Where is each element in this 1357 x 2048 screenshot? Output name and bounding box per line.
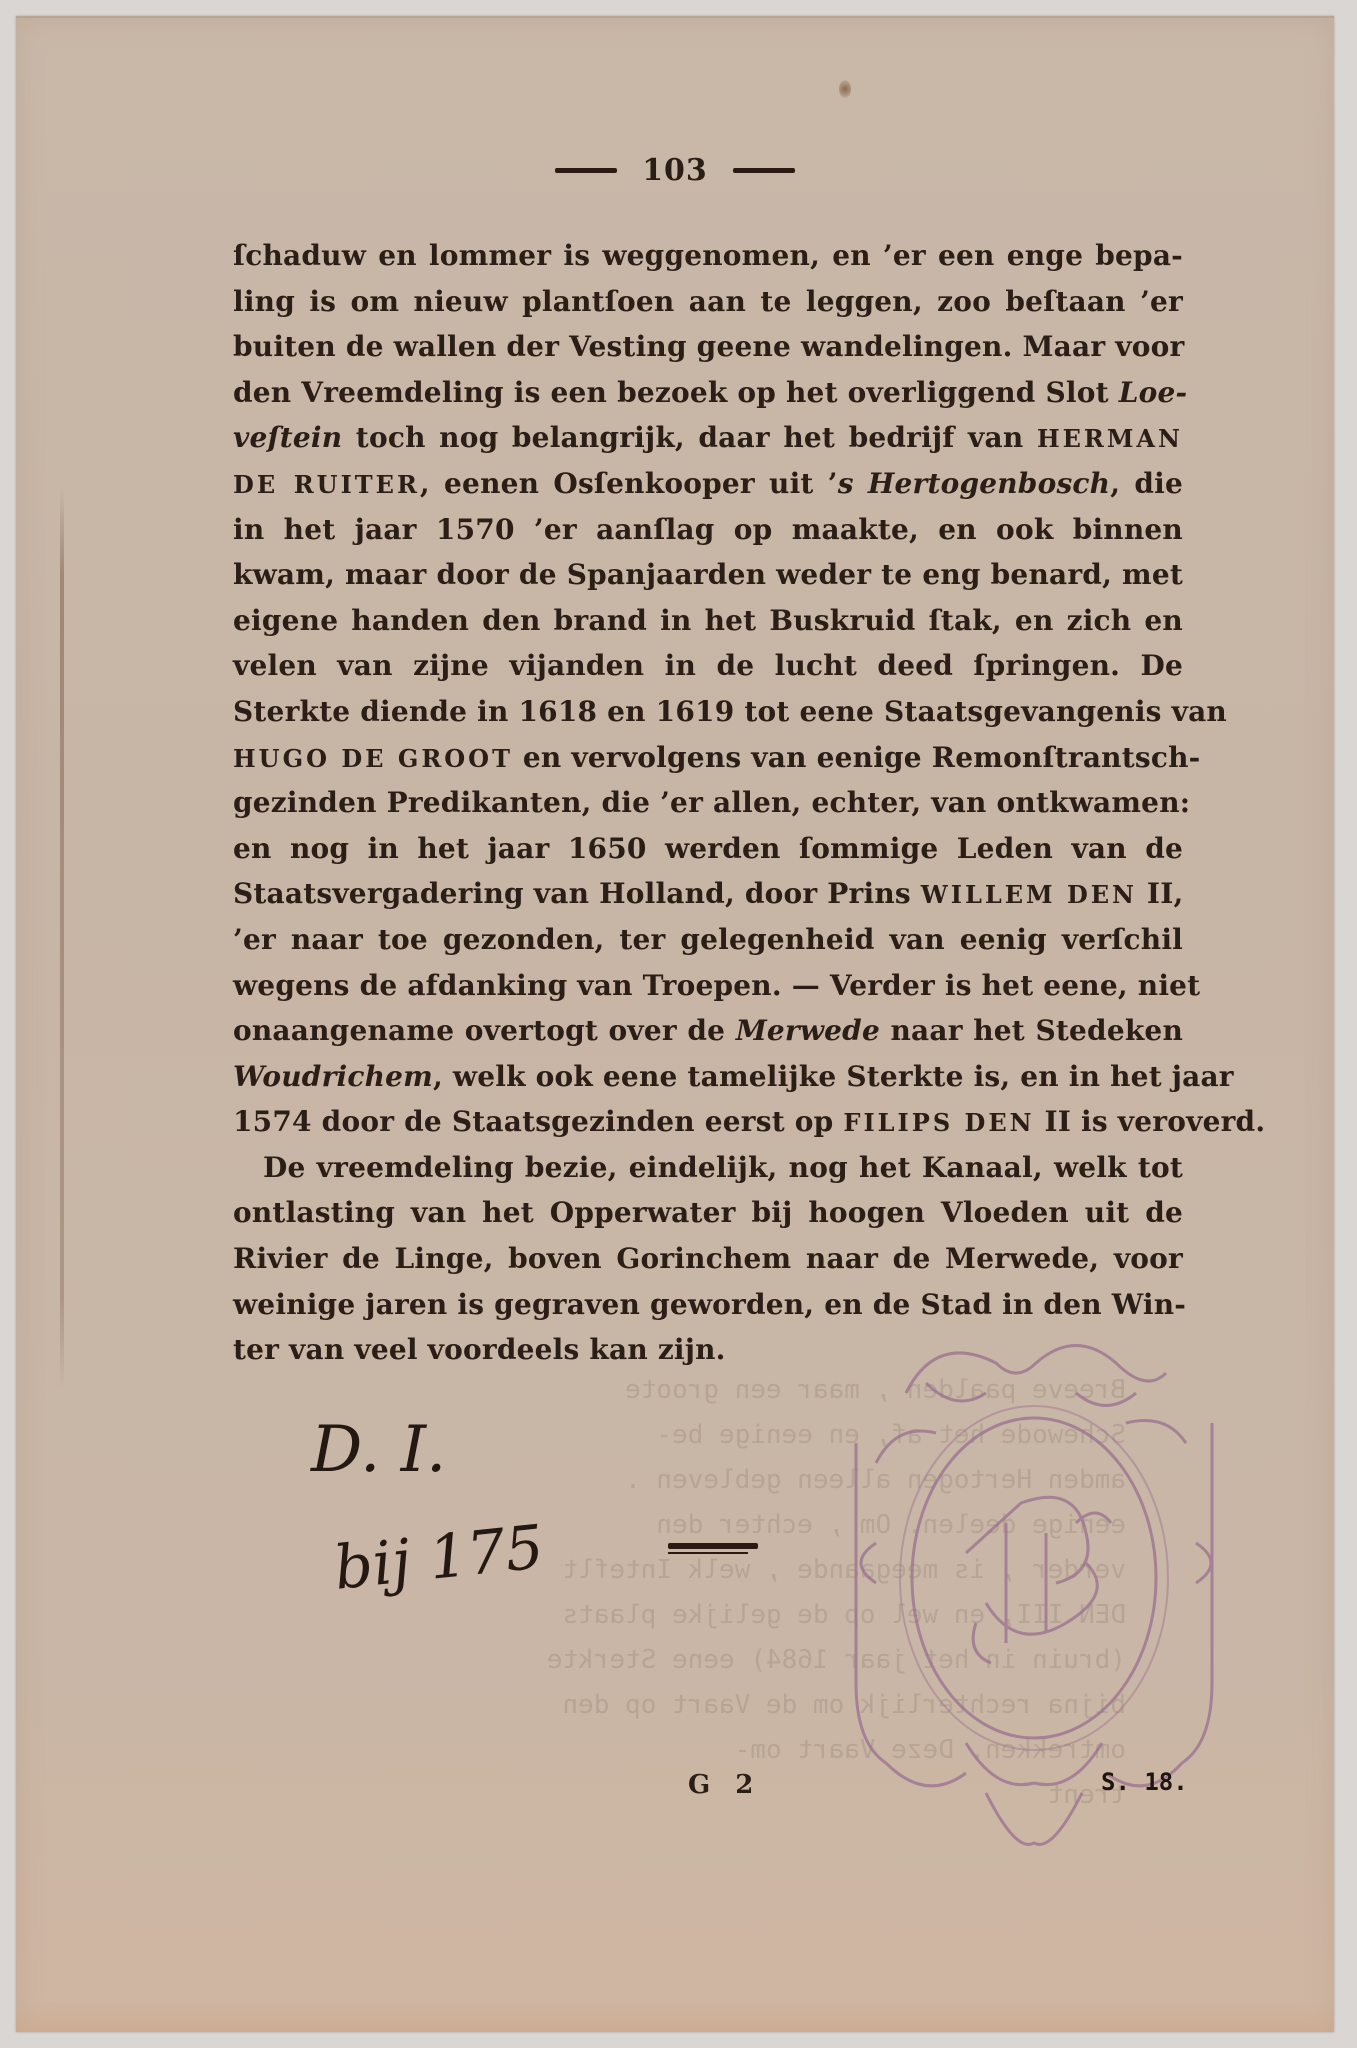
text-run: en nog in het jaar 1650 werden ſommige L… bbox=[233, 832, 1183, 865]
text-line: velen van zijne vijanden in de lucht dee… bbox=[233, 643, 1183, 689]
text-run: II, bbox=[1137, 877, 1184, 910]
header-rule-right bbox=[733, 168, 795, 173]
handwritten-shelfmark: D. I. bbox=[311, 1413, 446, 1487]
text-line: 1574 door de Staatsgezinden eerst op FIL… bbox=[233, 1099, 1183, 1145]
text-run: velen van zijne vijanden in de lucht dee… bbox=[233, 649, 1183, 682]
text-line: De vreemdeling bezie, eindelijk, nog het… bbox=[233, 1145, 1183, 1191]
text-run: ſchaduw en lommer is weggenomen, en ’er … bbox=[233, 239, 1183, 272]
text-run: den Vreemdeling is een bezoek op het ove… bbox=[233, 376, 1119, 409]
stamp-number: S. 18. bbox=[1101, 1768, 1188, 1796]
text-line: den Vreemdeling is een bezoek op het ove… bbox=[233, 370, 1183, 416]
text-line: kwam, maar door de Spanjaarden weder te … bbox=[233, 552, 1183, 598]
text-line: ’er naar toe gezonden, ter gelegenheid v… bbox=[233, 917, 1183, 963]
text-run: De vreemdeling bezie, eindelijk, nog het… bbox=[263, 1151, 1183, 1184]
page-number: 103 bbox=[642, 153, 708, 188]
text-line: Woudrichem, welk ook eene tamelijke Ster… bbox=[233, 1054, 1183, 1100]
text-run: ontlasting van het Opperwater bij hoogen… bbox=[233, 1196, 1183, 1229]
text-line: ſchaduw en lommer is weggenomen, en ’er … bbox=[233, 233, 1183, 279]
text-run: Rivier de Linge, boven Gorinchem naar de… bbox=[233, 1242, 1183, 1275]
page-header: 103 bbox=[16, 153, 1334, 188]
text-line: in het jaar 1570 ’er aanſlag op maakte, … bbox=[233, 507, 1183, 553]
signature-mark: G 2 bbox=[688, 1770, 761, 1800]
text-run: ter van veel voordeels kan zijn. bbox=[233, 1333, 726, 1366]
text-line: Rivier de Linge, boven Gorinchem naar de… bbox=[233, 1236, 1183, 1282]
ink-dash-mark bbox=[668, 1543, 758, 1554]
text-run: gezinden Predikanten, die ’er allen, ech… bbox=[233, 786, 1190, 819]
italic-place-name: s Hertogenbosch bbox=[838, 467, 1111, 500]
text-line: ontlasting van het Opperwater bij hoogen… bbox=[233, 1190, 1183, 1236]
text-run: II is veroverd. bbox=[1035, 1105, 1266, 1138]
binding-edge-mark bbox=[60, 488, 64, 1388]
italic-place-name: Merwede bbox=[736, 1014, 880, 1047]
text-run: eigene handen den brand in het Buskruid … bbox=[233, 604, 1183, 637]
text-run: en vervolgens van eenige Remonſtrantsch- bbox=[513, 741, 1201, 774]
text-run: , welk ook eene tamelijke Sterkte is, en… bbox=[433, 1060, 1234, 1093]
text-run: naar het Stedeken bbox=[880, 1014, 1183, 1047]
text-run: Staatsvergadering van Holland, door Prin… bbox=[233, 877, 921, 910]
text-run: kwam, maar door de Spanjaarden weder te … bbox=[233, 558, 1183, 591]
text-line: HUGO DE GROOT en vervolgens van eenige R… bbox=[233, 735, 1183, 781]
header-rule-left bbox=[555, 168, 617, 173]
small-caps-name: FILIPS DEN bbox=[843, 1108, 1034, 1137]
text-run: toch nog belangrijk, daar het bedrijf va… bbox=[342, 421, 1037, 454]
text-run: in het jaar 1570 ’er aanſlag op maakte, … bbox=[233, 513, 1183, 546]
text-run: onaangename overtogt over de bbox=[233, 1014, 736, 1047]
text-run: ’er naar toe gezonden, ter gelegenheid v… bbox=[233, 923, 1183, 956]
text-line: buiten de wallen der Vesting geene wande… bbox=[233, 324, 1183, 370]
text-line: onaangename overtogt over de Merwede naa… bbox=[233, 1008, 1183, 1054]
book-page: 103 Breeve paalden , maar een groote Sch… bbox=[16, 16, 1334, 2032]
italic-place-name: Woudrichem bbox=[233, 1060, 433, 1093]
italic-place-name: Loe- bbox=[1119, 376, 1188, 409]
italic-place-name: veſtein bbox=[233, 421, 342, 454]
text-run: wegens de afdanking van Troepen. — Verde… bbox=[233, 969, 1200, 1002]
small-caps-name: HERMAN bbox=[1037, 424, 1183, 453]
text-run: buiten de wallen der Vesting geene wande… bbox=[233, 330, 1184, 363]
text-line: weinige jaren is gegraven geworden, en d… bbox=[233, 1282, 1183, 1328]
small-caps-name: HUGO DE GROOT bbox=[233, 744, 513, 773]
text-run: , die bbox=[1110, 467, 1183, 500]
text-line: eigene handen den brand in het Buskruid … bbox=[233, 598, 1183, 644]
small-caps-name: DE RUITER bbox=[233, 470, 420, 499]
text-line: ling is om nieuw plantſoen aan te leggen… bbox=[233, 279, 1183, 325]
foxing-spot bbox=[839, 80, 851, 98]
text-run: , eenen Osſenkooper uit ’ bbox=[420, 467, 838, 500]
text-line: gezinden Predikanten, die ’er allen, ech… bbox=[233, 780, 1183, 826]
text-line: veſtein toch nog belangrijk, daar het be… bbox=[233, 415, 1183, 461]
text-line: en nog in het jaar 1650 werden ſommige L… bbox=[233, 826, 1183, 872]
text-run: 1574 door de Staatsgezinden eerst op bbox=[233, 1105, 843, 1138]
text-run: Sterkte diende in 1618 en 1619 tot eene … bbox=[233, 695, 1227, 728]
text-line: DE RUITER, eenen Osſenkooper uit ’s Hert… bbox=[233, 461, 1183, 507]
text-line: Staatsvergadering van Holland, door Prin… bbox=[233, 871, 1183, 917]
small-caps-name: WILLEM DEN bbox=[921, 880, 1137, 909]
text-line: wegens de afdanking van Troepen. — Verde… bbox=[233, 963, 1183, 1009]
body-text: ſchaduw en lommer is weggenomen, en ’er … bbox=[233, 233, 1183, 1373]
text-run: weinige jaren is gegraven geworden, en d… bbox=[233, 1288, 1186, 1321]
text-run: ling is om nieuw plantſoen aan te leggen… bbox=[233, 285, 1183, 318]
text-line: Sterkte diende in 1618 en 1619 tot eene … bbox=[233, 689, 1183, 735]
